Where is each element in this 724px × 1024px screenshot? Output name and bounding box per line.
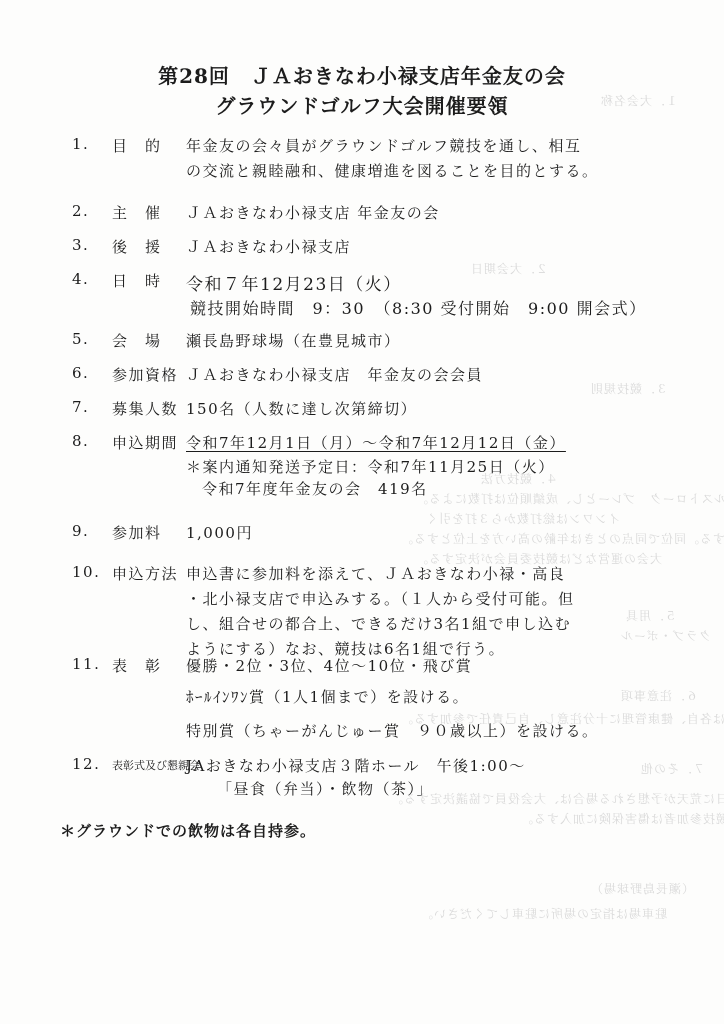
item-number: 8. bbox=[72, 432, 112, 450]
item-value: ＊案内通知発送予定日：令和7年11月25日（火） bbox=[186, 456, 555, 477]
item-value: 申込書に参加料を添えて、ＪＡおきなわ小禄・高良 bbox=[186, 563, 565, 584]
bleed-through-text: 駐車場は指定の場所に駐車してください。 bbox=[420, 905, 667, 922]
item-value: 「昼食（弁当）・飲物（茶）」 bbox=[217, 778, 433, 799]
item-number: 9. bbox=[72, 522, 112, 540]
bleed-through-text: （瀬長島野球場） bbox=[590, 880, 694, 897]
item-label: 参加料 bbox=[112, 522, 184, 543]
item-value: 令和７年12月23日（火） bbox=[186, 270, 402, 295]
item-value: ＪＡおきなわ小禄支店 bbox=[186, 236, 351, 257]
item-number: 3. bbox=[72, 236, 112, 254]
item-value: ＪＡおきなわ小禄支店 年金友の会会員 bbox=[186, 364, 483, 385]
item-value: 瀬長島野球場（在豊見城市） bbox=[186, 330, 401, 351]
document-page: １．大会名称 ２．大会期日 ３．競技規則 ４．競技方法 １５ホールストローク プ… bbox=[0, 0, 724, 1024]
item-value: 令和7年12月1日（月）～令和7年12月12日（金） bbox=[186, 432, 566, 453]
item-number: 2. bbox=[72, 202, 112, 220]
item-value: 1,000円 bbox=[186, 522, 253, 543]
item-value: 競技開始時間 9：30 （8:30 受付開始 9:00 開会式） bbox=[190, 296, 647, 319]
bleed-through-text: 雨天時及び大会当日に荒天が予想される場合は、大会役員で協議決定する。 bbox=[390, 790, 724, 807]
bleed-through-text: 同点同位のときは次位を上位とする。同位で同点のときは年齢の高い方を上位とする。 bbox=[400, 530, 724, 547]
item-value: ﾎｰﾙｲﾝﾜﾝ賞（1人1個まで）を設ける。 bbox=[186, 686, 469, 707]
item-value: 150名（人数に達し次第締切） bbox=[186, 398, 417, 419]
bleed-through-text: 競技参加者は傷害保険に加入する。 bbox=[520, 810, 724, 827]
item-number: 6. bbox=[72, 364, 112, 382]
document-title-line2: グラウンドゴルフ大会開催要領 bbox=[0, 90, 724, 119]
bleed-through-text: ２．大会期日 bbox=[470, 260, 548, 277]
item-value: ＪＡおきなわ小禄支店 年金友の会 bbox=[186, 202, 440, 223]
item-value: 令和7年度年金友の会 419名 bbox=[202, 478, 428, 499]
bleed-through-text: １５ホールストローク プレーとし、成績順位は打数による。 bbox=[415, 490, 724, 507]
bleed-through-text: ６．注意事項 bbox=[620, 687, 698, 704]
bleed-through-text: ７．その他 bbox=[640, 760, 705, 777]
item-label: 表 彰 bbox=[112, 655, 192, 676]
item-value: JAおきなわ小禄支店３階ホール 午後1:00～ bbox=[186, 755, 526, 776]
item-number: 7. bbox=[72, 398, 112, 416]
bleed-through-text: クラブ・ボール bbox=[620, 627, 711, 644]
item-value: し、組合せの都合上、できるだけ3名1組で申し込む bbox=[186, 613, 571, 634]
item-value: 優勝・2位・3位、4位～10位・飛び賞 bbox=[186, 655, 472, 676]
item-value: 特別賞（ちゃーがんじゅー賞 ９０歳以上）を設ける。 bbox=[186, 720, 599, 741]
item-number: 11. bbox=[72, 655, 112, 673]
item-value: ・北小禄支店で申込みする。（１人から受付可能。但 bbox=[186, 588, 575, 609]
item-number: 12. bbox=[72, 755, 112, 773]
item-number: 10. bbox=[72, 563, 112, 581]
bleed-through-text: インワンは総打数から３打を引く bbox=[425, 510, 620, 527]
item-label: 目 的 bbox=[112, 135, 192, 156]
item-number: 5. bbox=[72, 330, 112, 348]
item-number: 4. bbox=[72, 270, 112, 288]
document-title-line1: 第28回 ＪＡおきなわ小禄支店年金友の会 bbox=[0, 60, 724, 89]
item-value: 年金友の会々員がグラウンドゴルフ競技を通し、相互 bbox=[186, 135, 581, 156]
bleed-through-text: ５．用具 bbox=[625, 607, 677, 624]
item-value: の交流と親睦融和、健康増進を図ることを目的とする。 bbox=[186, 160, 599, 181]
footer-note: ＊グラウンドでの飲物は各自持参。 bbox=[60, 820, 316, 841]
item-number: 1. bbox=[72, 135, 112, 153]
bleed-through-text: ３．競技規則 bbox=[590, 380, 668, 397]
